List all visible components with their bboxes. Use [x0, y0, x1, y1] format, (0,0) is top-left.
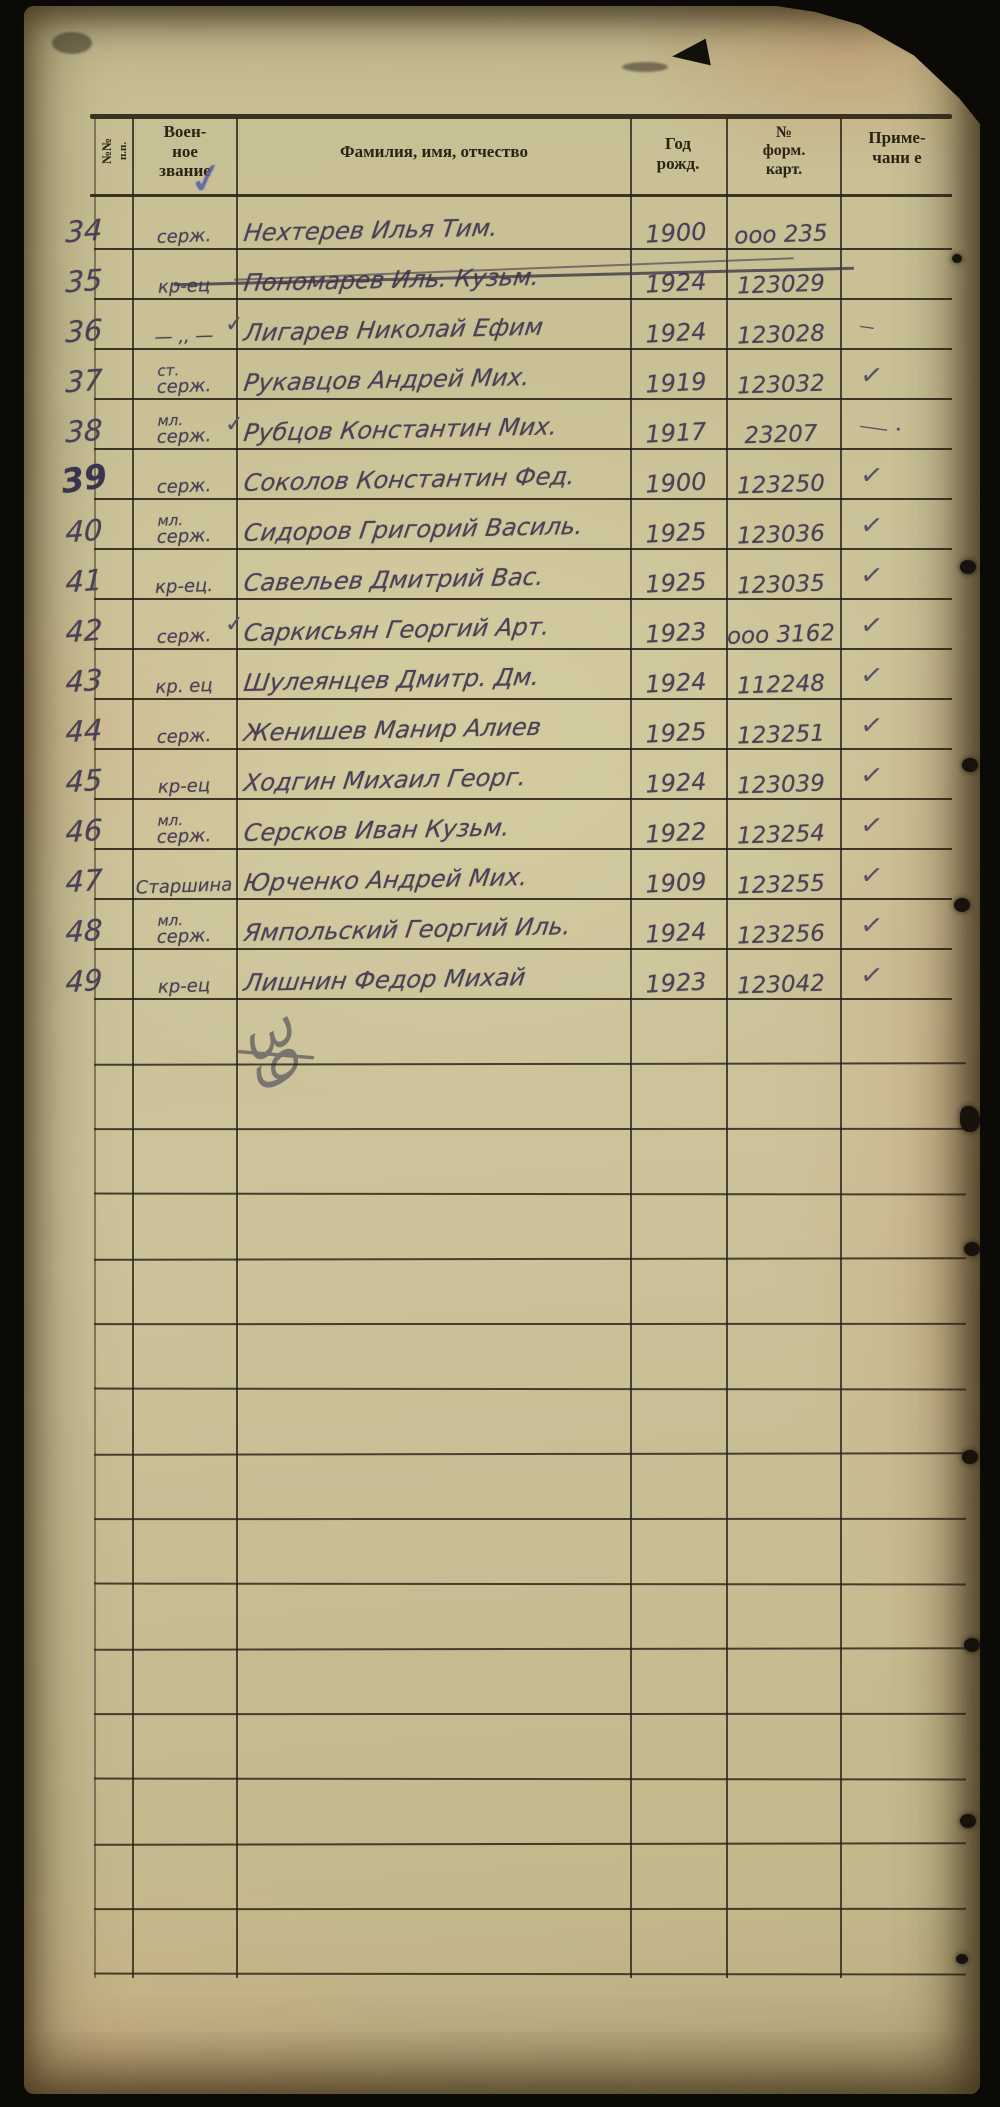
row-number: 34 — [40, 211, 129, 251]
year-cell: 1900 — [627, 467, 724, 500]
rank-cell: кр-ец — [132, 774, 237, 799]
name-cell: Рубцов Константин Мих. — [242, 411, 647, 447]
header-name-label: Фамилия, имя, отчество — [340, 142, 528, 161]
record-row: 48серж.мл.Ямпольский Георгий Иль.1924123… — [24, 900, 974, 950]
rank-cell: кр-ец. — [132, 574, 237, 599]
year-cell: 1923 — [627, 617, 724, 650]
year-cell: 1924 — [627, 317, 724, 350]
name-cell: Сидоров Григорий Василь. — [242, 511, 647, 547]
header-card-line3: карт. — [766, 161, 802, 178]
empty-row-line — [94, 1973, 966, 1976]
stamp-39: 39 — [236, 1004, 311, 1100]
name-cell: Савельев Дмитрий Вас. — [242, 561, 647, 597]
note-check: ✓ — [844, 807, 965, 854]
empty-row-line — [94, 1128, 966, 1130]
card-number-cell: 123251 — [724, 720, 839, 750]
torn-notch — [960, 1106, 980, 1132]
rank-check-mark: ✓ — [225, 412, 244, 438]
rank-cell: серж.✓ — [132, 624, 237, 649]
name-cell: Соколов Константин Фед. — [242, 461, 647, 497]
rank-cell: серж.мл. — [132, 824, 237, 849]
record-row: 39серж.Соколов Константин Фед.1900123250… — [24, 450, 974, 500]
record-row: 35кр-ецПономарев Иль. Кузьм.1924123029 — [24, 250, 974, 300]
name-cell: Серсков Иван Кузьм. — [242, 811, 647, 847]
year-cell: 1924 — [627, 767, 724, 800]
rank-cell: серж.мл. — [132, 924, 237, 949]
row-number: 49 — [40, 961, 129, 1001]
rank-cell: кр. ец — [132, 674, 237, 699]
empty-row-line — [94, 1842, 966, 1846]
rank-cell: серж. — [132, 724, 237, 749]
row-number: 44 — [40, 711, 129, 751]
header-note-line2: чани е — [872, 148, 921, 167]
header-card-column: № форм. карт. — [730, 124, 838, 179]
empty-row-line — [94, 1323, 966, 1325]
note-check: ✓ — [844, 507, 965, 554]
rank-cell: серж. — [132, 474, 237, 499]
name-cell: Женишев Манир Алиев — [242, 711, 647, 747]
card-number-cell: ооо 235 — [724, 220, 839, 250]
rank-prefix: ст. — [157, 361, 179, 380]
rank-prefix: мл. — [157, 411, 183, 430]
year-cell: 1925 — [627, 517, 724, 550]
empty-row-line — [94, 1778, 966, 1781]
note-check: ✓ — [844, 707, 965, 754]
row-number: 43 — [40, 661, 129, 701]
row-number: 48 — [40, 911, 129, 951]
row-number: 45 — [40, 761, 129, 801]
note-check: ✓ — [844, 357, 965, 404]
header-num-column: №№ п.п. — [100, 116, 130, 186]
record-row: 45кр-ецХодгин Михаил Георг.1924123039✓ — [24, 750, 974, 800]
punch-hole — [960, 1814, 976, 1828]
torn-corner — [680, 6, 980, 124]
rank-cell: кр-ец — [132, 974, 237, 999]
rank-cell: кр-ец — [132, 274, 237, 299]
year-cell: 1924 — [627, 667, 724, 700]
year-cell: 1922 — [627, 817, 724, 850]
row-number: 36 — [40, 311, 129, 351]
empty-row-line — [94, 1452, 966, 1456]
record-row: 49кр-ецЛишнин Федор Михай1923123042✓ — [24, 950, 974, 1000]
note-check: ✓ — [844, 657, 965, 704]
card-number-cell: 23207 — [724, 420, 839, 450]
rank-cell: — ,, —✓ — [132, 324, 237, 349]
rank-prefix: мл. — [157, 811, 183, 830]
card-number-cell: 112248 — [724, 670, 839, 700]
header-top-rule — [90, 114, 952, 119]
record-row: 46серж.мл.Серсков Иван Кузьм.1922123254✓ — [24, 800, 974, 850]
punch-hole — [964, 1638, 980, 1652]
header-note-column: Приме- чани е — [844, 128, 950, 167]
year-cell: 1919 — [627, 367, 724, 400]
punch-hole — [956, 1954, 968, 1964]
rank-cell: серж.ст. — [132, 374, 237, 399]
rank-prefix: мл. — [157, 511, 183, 530]
header-num-line1: №№ — [99, 138, 114, 164]
empty-row-line — [94, 1518, 966, 1520]
row-number: 47 — [40, 861, 129, 901]
punch-hole — [962, 758, 978, 772]
header-year-line2: рожд. — [657, 154, 700, 173]
header-rank-line1: Воен- — [164, 122, 207, 141]
rank-cell: серж. — [132, 224, 237, 249]
row-number: 39 — [38, 453, 131, 504]
record-row: 36— ,, —✓Лигарев Николай Ефим1924123028– — [24, 300, 974, 350]
header-name-column: Фамилия, имя, отчество — [240, 142, 628, 162]
card-number-cell: 123250 — [724, 470, 839, 500]
card-number-cell: 123255 — [724, 870, 839, 900]
stamp-39-text: 39 — [236, 1004, 311, 1100]
row-number: 42 — [40, 611, 129, 651]
note-check: ✓ — [844, 757, 965, 804]
record-row: 37серж.ст.Рукавцов Андрей Мих.1919123032… — [24, 350, 974, 400]
empty-row-line — [94, 1257, 966, 1261]
rank-check-mark: ✓ — [225, 612, 244, 638]
card-number-cell: 123039 — [724, 770, 839, 800]
empty-row-line — [94, 1388, 966, 1391]
header-year-column: Год рожд. — [632, 134, 724, 173]
card-number-cell: 123256 — [724, 920, 839, 950]
header-num-line2: п.п. — [117, 142, 129, 160]
record-row: 42серж.✓Саркисьян Георгий Арт.1923ооо 31… — [24, 600, 974, 650]
header-year-line1: Год — [665, 134, 691, 153]
record-row: 43кр. ецШулеянцев Дмитр. Дм.1924112248✓ — [24, 650, 974, 700]
ink-wedge-mark — [672, 39, 718, 80]
empty-row-line — [94, 1713, 966, 1715]
card-number-cell: 123028 — [724, 320, 839, 350]
punch-hole — [960, 560, 976, 574]
row-number: 37 — [40, 361, 129, 401]
name-cell: Ямпольский Георгий Иль. — [242, 911, 647, 947]
name-cell: Лишнин Федор Михай — [242, 961, 647, 997]
record-row: 38серж.мл.✓Рубцов Константин Мих.1917232… — [24, 400, 974, 450]
note-check: — · — [844, 407, 965, 454]
card-number-cell: 123032 — [724, 370, 839, 400]
header-card-line1: № — [776, 124, 792, 141]
row-number: 41 — [40, 561, 129, 601]
record-row: 44серж.Женишев Манир Алиев1925123251✓ — [24, 700, 974, 750]
year-cell: 1925 — [627, 567, 724, 600]
year-cell: 1900 — [627, 217, 724, 250]
row-underline — [94, 998, 952, 1000]
empty-row-line — [94, 1908, 966, 1910]
note-check: – — [844, 307, 965, 354]
corner-smudge — [52, 32, 92, 54]
card-number-cell: 123254 — [724, 820, 839, 850]
note-check: ✓ — [844, 607, 965, 654]
card-number-cell: 123035 — [724, 570, 839, 600]
record-row: 47СтаршинаЮрченко Андрей Мих.1909123255✓ — [24, 850, 974, 900]
record-row: 34серж.Нехтерев Илья Тим.1900ооо 235 — [24, 200, 974, 250]
rank-prefix: мл. — [157, 911, 183, 930]
year-cell: 1909 — [627, 867, 724, 900]
punch-hole — [964, 1242, 980, 1256]
row-number: 40 — [40, 511, 129, 551]
note-check: ✓ — [844, 957, 965, 1004]
name-cell: Лигарев Николай Ефим — [242, 311, 647, 347]
card-number-cell: 123029 — [724, 270, 839, 300]
empty-row-line — [94, 1193, 966, 1196]
record-table-body: 34серж.Нехтерев Илья Тим.1900ооо 23535кр… — [24, 200, 974, 1000]
card-number-cell: ооо 3162 — [724, 620, 839, 650]
rank-cell: Старшина — [132, 874, 237, 899]
row-number: 38 — [40, 411, 129, 451]
name-cell: Нехтерев Илья Тим. — [242, 211, 647, 247]
year-cell: 1924 — [627, 917, 724, 950]
record-row: 41кр-ец.Савельев Дмитрий Вас.1925123035✓ — [24, 550, 974, 600]
row-number: 46 — [40, 811, 129, 851]
name-cell: Саркисьян Георгий Арт. — [242, 611, 647, 647]
name-cell: Ходгин Михаил Георг. — [242, 761, 647, 797]
document-page: №№ п.п. Воен- ное звание Фамилия, имя, о… — [24, 6, 980, 2094]
record-row: 40серж.мл.Сидоров Григорий Василь.192512… — [24, 500, 974, 550]
punch-hole — [962, 1450, 978, 1464]
punch-hole — [954, 898, 970, 912]
card-number-cell: 123042 — [724, 970, 839, 1000]
note-check: ✓ — [844, 557, 965, 604]
name-cell: Юрченко Андрей Мих. — [242, 861, 647, 897]
row-number: 35 — [40, 261, 129, 301]
name-cell: Рукавцов Андрей Мих. — [242, 361, 647, 397]
empty-row-line — [94, 1647, 966, 1651]
year-cell: 1923 — [627, 967, 724, 1000]
empty-row-line — [94, 1062, 966, 1066]
year-cell: 1917 — [627, 417, 724, 450]
header-card-line2: форм. — [763, 142, 806, 159]
rank-cell: серж.мл. — [132, 524, 237, 549]
rank-cell: серж.мл.✓ — [132, 424, 237, 449]
empty-row-line — [94, 1583, 966, 1586]
note-check: ✓ — [844, 457, 965, 504]
note-check: ✓ — [844, 907, 965, 954]
punch-hole — [952, 254, 962, 263]
pencil-smudge-top — [622, 62, 668, 72]
card-number-cell: 123036 — [724, 520, 839, 550]
header-note-line1: Приме- — [868, 128, 925, 147]
note-check: ✓ — [844, 857, 965, 904]
name-cell: Шулеянцев Дмитр. Дм. — [242, 661, 647, 697]
year-cell: 1925 — [627, 717, 724, 750]
rank-check-mark: ✓ — [225, 312, 244, 338]
